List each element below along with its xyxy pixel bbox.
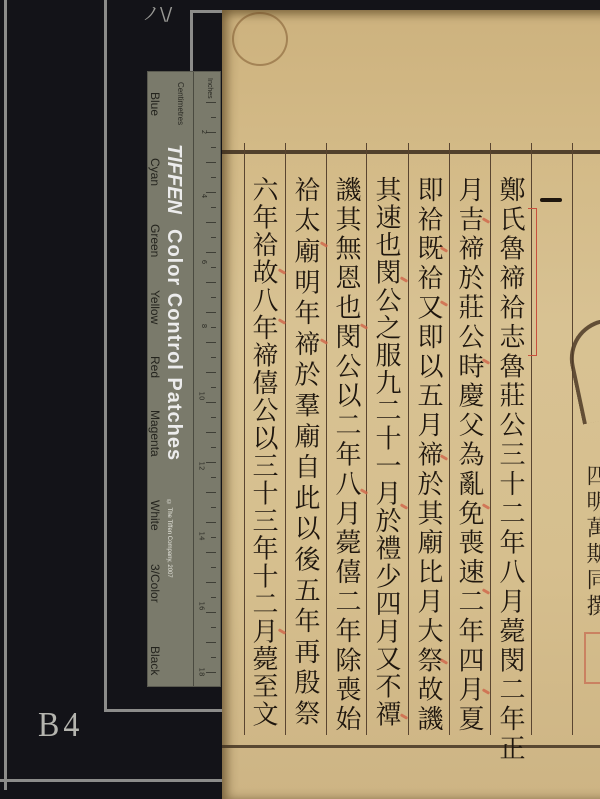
- text-column-2: 月吉禘於莊公時慶父為亂免喪速二年四月夏: [456, 176, 482, 735]
- text-column-6: 祫太廟明年禘於羣廟自此以後五年再殷祭: [292, 176, 318, 730]
- column-rule: [408, 143, 409, 735]
- column-rule: [572, 143, 573, 735]
- ruler-tick-label: 4: [200, 194, 208, 198]
- column-rule: [366, 143, 367, 735]
- column-rule: [244, 143, 245, 735]
- ruler-tick-label: 14: [198, 532, 206, 541]
- patch-label: Blue: [148, 92, 162, 116]
- board-frame-top-notch: [190, 10, 222, 13]
- patch-label: Yellow: [148, 290, 162, 324]
- patch-label: Cyan: [148, 158, 162, 186]
- corner-stain: [232, 12, 288, 66]
- bottom-border-rule: [222, 745, 600, 748]
- ruler-tick-label: 12: [198, 462, 206, 471]
- ruler-tick-label: 8: [200, 324, 208, 328]
- column-rule: [449, 143, 450, 735]
- column-rule: [285, 143, 286, 735]
- top-border-rule: [222, 150, 600, 154]
- ruler-tick-label: 10: [198, 392, 206, 401]
- column-rule: [326, 143, 327, 735]
- patch-label: 3/Color: [148, 564, 162, 603]
- text-column-3: 即祫既祫又即以五月禘於其廟比月大祭故譏: [415, 176, 441, 735]
- manuscript-page: [222, 10, 600, 799]
- ruler-tick-label: 2: [200, 130, 208, 134]
- board-label: B4: [38, 704, 83, 745]
- color-control-strip: Blue Cyan Green Yellow Red Magenta White…: [147, 71, 221, 687]
- tiffen-logo: TIFFEN Color Control Patches: [162, 144, 185, 461]
- patch-label: Magenta: [148, 410, 162, 457]
- text-column-5: 譏其無恩也閔公以二年八月薨僖二年除喪始: [333, 176, 359, 735]
- board-frame-inner-left: [104, 0, 107, 712]
- strip-title: Color Control Patches: [163, 229, 185, 461]
- ruler-tick-label: 18: [198, 668, 206, 677]
- text-column-4: 其速也閔公之服九二十一月於禮少四月又不禫: [373, 176, 399, 728]
- board-frame-bottom: [0, 779, 222, 782]
- text-column-1: 鄭氏魯禘祫志魯莊公三十二年八月薨閔二年正: [497, 176, 523, 764]
- red-title-bracket: [528, 208, 537, 356]
- board-frame-notch-side: [190, 10, 193, 72]
- text-column-7: 六年祫故八年禘僖公以三十三年十二月薨至文: [250, 176, 276, 728]
- ruler: [193, 72, 216, 686]
- board-scribble: ノ\/: [142, 0, 172, 26]
- author-attribution: 四明萬斯同撰: [580, 464, 600, 620]
- brand-name: TIFFEN: [163, 144, 185, 214]
- chapter-mark: [540, 198, 562, 202]
- ruler-tick-label: 16: [198, 602, 206, 611]
- board-frame-left: [4, 0, 7, 790]
- patch-label: Black: [148, 646, 162, 675]
- patch-label: Red: [148, 356, 162, 378]
- red-seal: [584, 632, 600, 684]
- units-label: Centimetres: [176, 82, 185, 125]
- patch-label: Green: [148, 224, 162, 257]
- ruler-tick-label: 6: [200, 260, 208, 264]
- column-rule: [490, 143, 491, 735]
- patch-label: White: [148, 500, 162, 531]
- board-frame-inner-bottom: [104, 709, 222, 712]
- copyright-text: © The Tiffen Company, 2007: [166, 500, 172, 578]
